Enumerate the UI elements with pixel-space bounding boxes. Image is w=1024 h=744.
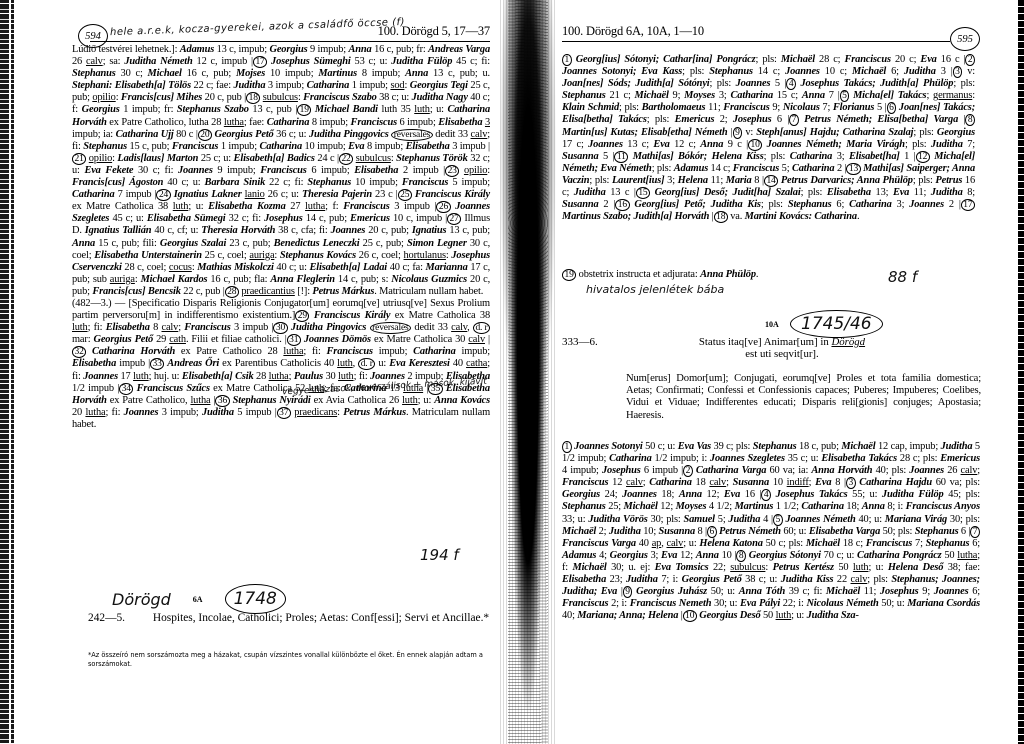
handwritten-page-ref: 88 f bbox=[888, 268, 917, 286]
section-code: 10A bbox=[765, 320, 779, 329]
handwritten-annotation-top: hele a.r.e.k, kocza-gyerekei, azok a csa… bbox=[110, 17, 405, 38]
running-head: 100. Dörögd 6A, 10A, 1—10 bbox=[562, 24, 704, 39]
status-title-prefix: Status itaq[ve] Animar[um] in bbox=[699, 336, 832, 348]
handwritten-place-name: Dörögd bbox=[112, 590, 171, 609]
left-page: 594 hele a.r.e.k, kocza-gyerekei, azok a… bbox=[72, 0, 490, 744]
section-number: 333—6. bbox=[562, 336, 598, 348]
status-title: Status itaq[ve] Animar[um] in Dörögd est… bbox=[642, 336, 922, 360]
section-title: Hospites, Incolae, Catholici; Proles; Ae… bbox=[153, 612, 489, 624]
handwritten-place-heading: Dörögd 6A 1748 bbox=[112, 584, 286, 614]
section-code: 6A bbox=[193, 595, 203, 604]
year-circled: 1745/46 bbox=[790, 310, 883, 338]
scan-edge-left bbox=[0, 0, 14, 744]
right-page: 100. Dörögd 6A, 10A, 1—10 595 1 Georg[iu… bbox=[562, 0, 980, 744]
running-head: 100. Dörögd 5, 17—37 bbox=[378, 24, 490, 39]
handwritten-page-ref: 194 f bbox=[420, 546, 459, 564]
section-heading: 242—5. Hospites, Incolae, Catholici; Pro… bbox=[88, 612, 489, 624]
census-entries-text: 1 Georg[ius] Sótonyi; Cathar[ina] Pongrá… bbox=[562, 54, 975, 223]
scan-edge-right bbox=[1018, 0, 1024, 744]
year-circled: 1748 bbox=[225, 584, 286, 614]
status-title-line2: est uti seqvit[ur]. bbox=[745, 348, 818, 360]
census-entries-text-2: 1 Joannes Sotonyi 50 c; u: Eva Vas 39 c;… bbox=[562, 441, 980, 622]
book-gutter bbox=[500, 0, 556, 744]
status-title-place: Dörögd bbox=[831, 336, 865, 348]
handwritten-note: hivatalos jelenlétek bába bbox=[586, 283, 724, 296]
header-rule bbox=[562, 41, 950, 42]
status-column-description: Num[erus] Domor[um]; Conjugati, eorumq[v… bbox=[626, 373, 981, 422]
header-rule bbox=[90, 41, 490, 42]
obstetrix-entry: 19 obstetrix instructa et adjurata: Anna… bbox=[562, 269, 862, 281]
census-entries-text: Lúdiő testvérei lehetnek.]: Adamus 13 c,… bbox=[72, 44, 490, 431]
section-number: 242—5. bbox=[88, 612, 150, 624]
page-number-circled: 595 bbox=[950, 27, 980, 51]
footnote: *Az összeíró nem sorszámozta meg a házak… bbox=[88, 651, 488, 669]
